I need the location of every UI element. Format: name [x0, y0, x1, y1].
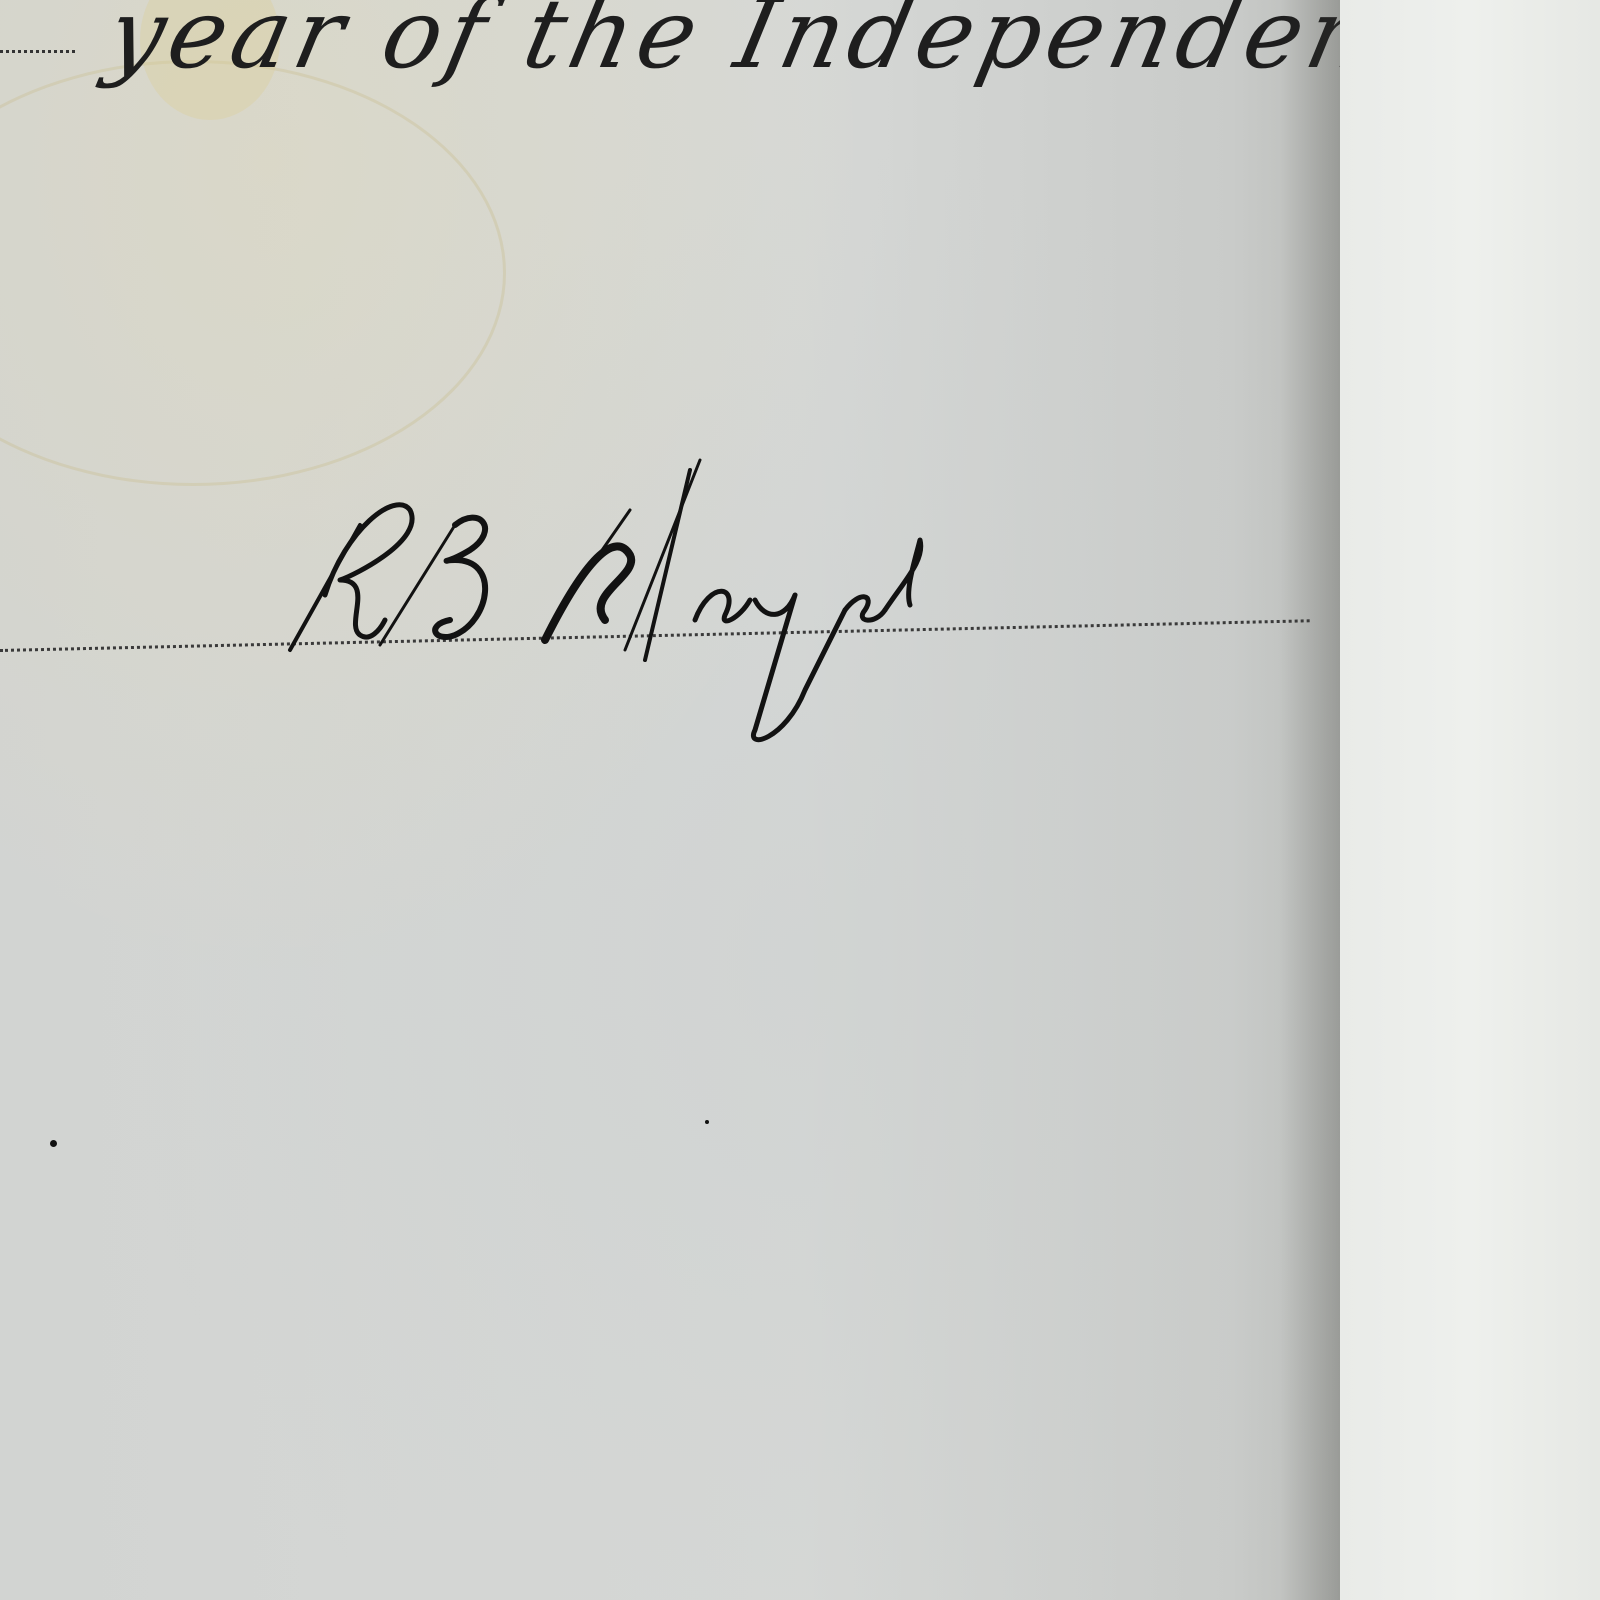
leader-dots: [0, 50, 75, 53]
underlying-sheet: [1340, 0, 1600, 1600]
header-script-text: year of the Independence: [98, 0, 1511, 90]
ink-speck: [705, 1120, 709, 1124]
document-page: year of the Independence: [0, 0, 1340, 1600]
header-line: year of the Independence: [0, 0, 1340, 130]
bleed-through-stamp: [430, 1300, 900, 1420]
signature: R B Hayes: [285, 450, 1165, 750]
bleed-through-text: [186, 760, 231, 824]
ink-speck: [50, 1140, 57, 1147]
